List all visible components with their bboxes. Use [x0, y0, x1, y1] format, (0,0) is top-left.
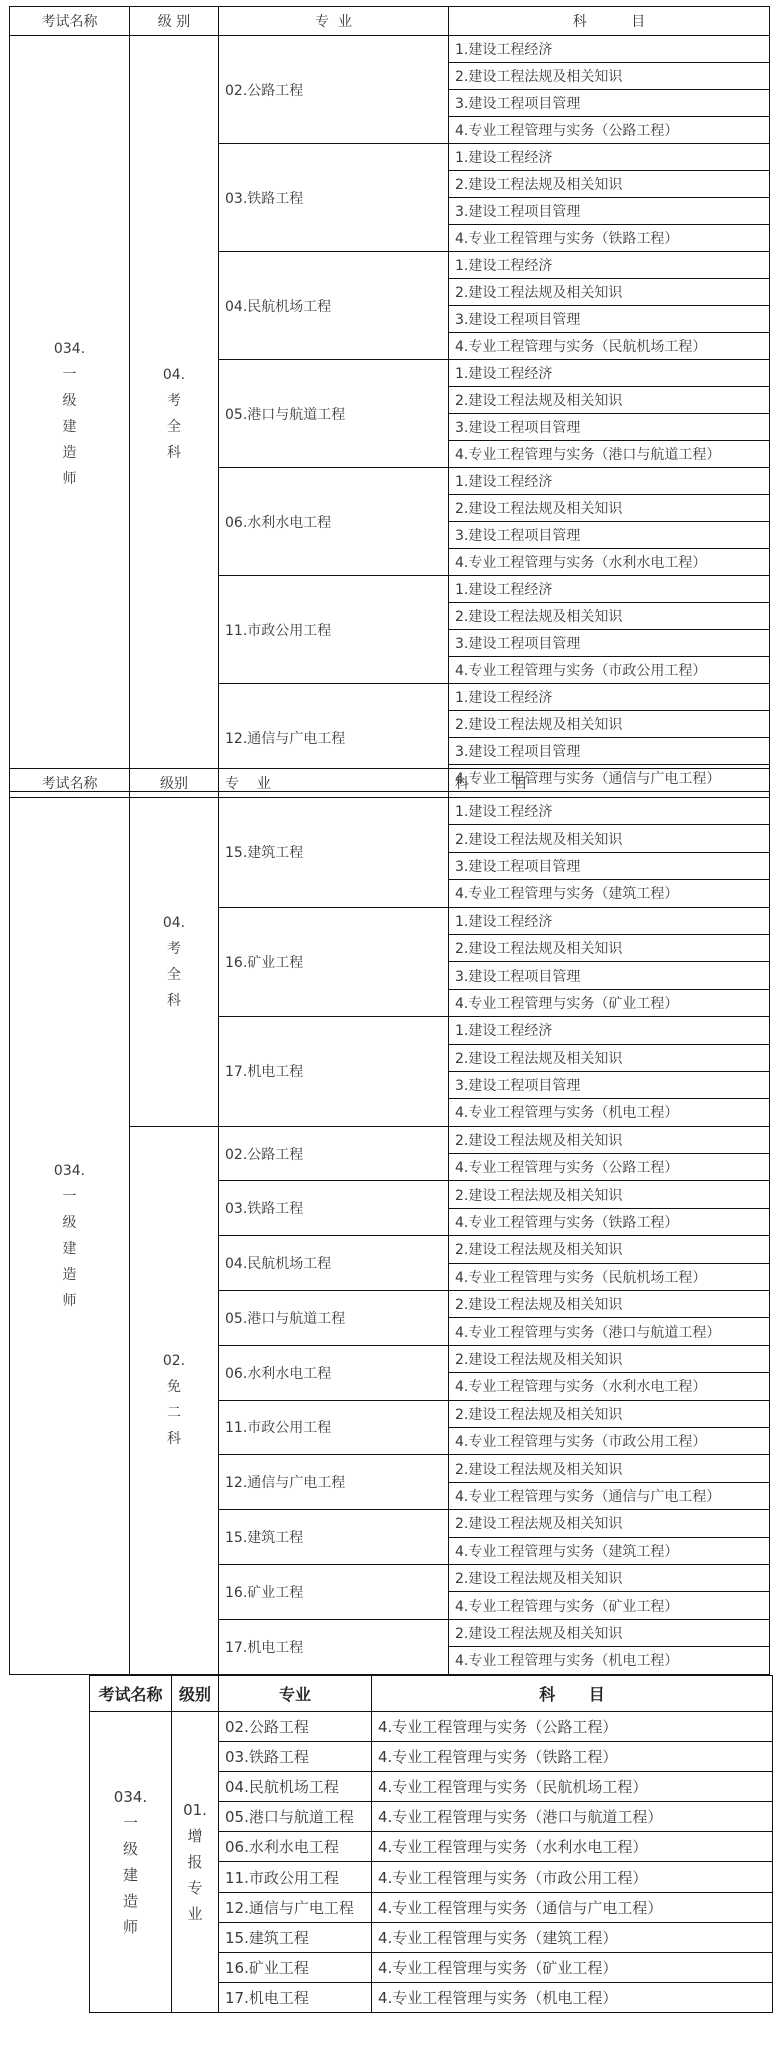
major-cell: 16.矿业工程 — [219, 1952, 372, 1982]
subject-cell: 1.建设工程经济 — [449, 798, 770, 825]
level-cell-line: 报 — [178, 1849, 212, 1875]
major-cell: 04.民航机场工程 — [219, 1772, 372, 1802]
subject-cell: 1.建设工程经济 — [449, 576, 770, 603]
table-body: 考试名称 级 别 专 业 科 目 034.一级建造师04.考全科02.公路工程1… — [10, 7, 770, 792]
subject-cell: 4.专业工程管理与实务（市政公用工程） — [449, 657, 770, 684]
major-cell: 04.民航机场工程 — [219, 1236, 449, 1291]
subject-cell: 4.专业工程管理与实务（通信与广电工程） — [449, 1482, 770, 1509]
exam-name-cell: 034.一级建造师 — [90, 1712, 172, 2013]
major-cell: 02.公路工程 — [219, 36, 449, 144]
subject-cell: 4.专业工程管理与实务（民航机场工程） — [449, 1263, 770, 1290]
level-cell: 02.免二科 — [130, 1126, 219, 1674]
major-cell: 03.铁路工程 — [219, 1742, 372, 1772]
level-cell-line: 科 — [136, 440, 212, 466]
subject-cell: 1.建设工程经济 — [449, 907, 770, 934]
table-row: 034.一级建造师04.考全科02.公路工程1.建设工程经济 — [10, 36, 770, 63]
subject-cell: 2.建设工程法规及相关知识 — [449, 1564, 770, 1591]
subject-cell: 1.建设工程经济 — [449, 684, 770, 711]
subject-cell: 2.建设工程法规及相关知识 — [449, 1291, 770, 1318]
exam-name-cell-line: 师 — [16, 1288, 123, 1314]
major-cell: 06.水利水电工程 — [219, 1345, 449, 1400]
table-row: 034.一级建造师04.考全科15.建筑工程1.建设工程经济 — [10, 798, 770, 825]
major-cell: 06.水利水电工程 — [219, 1832, 372, 1862]
major-cell: 17.机电工程 — [219, 1982, 372, 2012]
subject-cell: 1.建设工程经济 — [449, 1017, 770, 1044]
level-cell-line: 科 — [136, 988, 212, 1014]
subject-cell: 2.建设工程法规及相关知识 — [449, 1400, 770, 1427]
subject-cell: 4.专业工程管理与实务（通信与广电工程） — [372, 1892, 773, 1922]
subject-cell: 2.建设工程法规及相关知识 — [449, 171, 770, 198]
subject-cell: 1.建设工程经济 — [449, 360, 770, 387]
major-cell: 15.建筑工程 — [219, 1510, 449, 1565]
major-cell: 11.市政公用工程 — [219, 576, 449, 684]
table-header-row: 考试名称 级别 专 业 科 目 — [10, 769, 770, 798]
subject-cell: 4.专业工程管理与实务（民航机场工程） — [449, 333, 770, 360]
subject-cell: 2.建设工程法规及相关知识 — [449, 1619, 770, 1646]
subject-cell: 3.建设工程项目管理 — [449, 522, 770, 549]
major-cell: 11.市政公用工程 — [219, 1400, 449, 1455]
header-subject: 科 目 — [449, 7, 770, 36]
subject-cell: 4.专业工程管理与实务（水利水电工程） — [372, 1832, 773, 1862]
subject-cell: 4.专业工程管理与实务（矿业工程） — [449, 989, 770, 1016]
subject-cell: 3.建设工程项目管理 — [449, 306, 770, 333]
level-cell-line: 考 — [136, 388, 212, 414]
header-major: 专业 — [219, 1676, 372, 1712]
subject-cell: 2.建设工程法规及相关知识 — [449, 934, 770, 961]
subject-cell: 2.建设工程法规及相关知识 — [449, 495, 770, 522]
table-row: 034.一级建造师01.增报专业02.公路工程4.专业工程管理与实务（公路工程） — [90, 1712, 773, 1742]
table-body: 考试名称 级别 专业 科 目 034.一级建造师01.增报专业02.公路工程4.… — [90, 1676, 773, 2013]
subject-cell: 2.建设工程法规及相关知识 — [449, 1126, 770, 1153]
header-exam-name: 考试名称 — [10, 769, 130, 798]
exam-name-cell-line: 034. — [16, 336, 123, 362]
subject-cell: 2.建设工程法规及相关知识 — [449, 1044, 770, 1071]
header-subject: 科 目 — [449, 769, 770, 798]
major-cell: 15.建筑工程 — [219, 798, 449, 908]
subject-cell: 4.专业工程管理与实务（市政公用工程） — [372, 1862, 773, 1892]
exam-name-cell: 034.一级建造师 — [10, 36, 130, 792]
subject-cell: 2.建设工程法规及相关知识 — [449, 63, 770, 90]
subject-cell: 2.建设工程法规及相关知识 — [449, 1510, 770, 1537]
level-cell-line: 01. — [178, 1797, 212, 1823]
exam-name-cell-line: 级 — [96, 1836, 165, 1862]
exam-name-cell-line: 师 — [16, 466, 123, 492]
exam-table-full-subjects-part1: 考试名称 级 别 专 业 科 目 034.一级建造师04.考全科02.公路工程1… — [9, 6, 770, 792]
level-cell-line: 科 — [136, 1426, 212, 1452]
subject-cell: 3.建设工程项目管理 — [449, 1071, 770, 1098]
subject-cell: 4.专业工程管理与实务（建筑工程） — [449, 1537, 770, 1564]
subject-cell: 4.专业工程管理与实务（矿业工程） — [449, 1592, 770, 1619]
subject-cell: 4.专业工程管理与实务（机电工程） — [449, 1099, 770, 1126]
level-cell-line: 04. — [136, 910, 212, 936]
major-cell: 16.矿业工程 — [219, 1564, 449, 1619]
level-cell-line: 免 — [136, 1374, 212, 1400]
subject-cell: 4.专业工程管理与实务（机电工程） — [449, 1647, 770, 1674]
exam-name-cell-line: 建 — [96, 1862, 165, 1888]
level-cell-line: 增 — [178, 1823, 212, 1849]
level-cell-line: 04. — [136, 362, 212, 388]
exam-name-cell-line: 建 — [16, 1236, 123, 1262]
table-header-row: 考试名称 级别 专业 科 目 — [90, 1676, 773, 1712]
subject-cell: 4.专业工程管理与实务（矿业工程） — [372, 1952, 773, 1982]
exam-name-cell-line: 级 — [16, 1210, 123, 1236]
major-cell: 02.公路工程 — [219, 1126, 449, 1181]
subject-cell: 4.专业工程管理与实务（港口与航道工程） — [449, 441, 770, 468]
subject-cell: 4.专业工程管理与实务（铁路工程） — [449, 1208, 770, 1235]
subject-cell: 2.建设工程法规及相关知识 — [449, 279, 770, 306]
level-cell-line: 全 — [136, 414, 212, 440]
major-cell: 15.建筑工程 — [219, 1922, 372, 1952]
level-cell-line: 业 — [178, 1901, 212, 1927]
exam-name-cell-line: 一 — [96, 1810, 165, 1836]
exam-name-cell-line: 师 — [96, 1914, 165, 1940]
major-cell: 12.通信与广电工程 — [219, 1892, 372, 1922]
subject-cell: 2.建设工程法规及相关知识 — [449, 1236, 770, 1263]
subject-cell: 1.建设工程经济 — [449, 468, 770, 495]
subject-cell: 2.建设工程法规及相关知识 — [449, 711, 770, 738]
subject-cell: 3.建设工程项目管理 — [449, 198, 770, 225]
header-level: 级 别 — [130, 7, 219, 36]
subject-cell: 2.建设工程法规及相关知识 — [449, 387, 770, 414]
subject-cell: 4.专业工程管理与实务（建筑工程） — [372, 1922, 773, 1952]
major-cell: 12.通信与广电工程 — [219, 1455, 449, 1510]
subject-cell: 4.专业工程管理与实务（公路工程） — [449, 117, 770, 144]
level-cell-line: 02. — [136, 1348, 212, 1374]
exam-name-cell-line: 一 — [16, 1184, 123, 1210]
level-cell-line: 二 — [136, 1400, 212, 1426]
table-header-row: 考试名称 级 别 专 业 科 目 — [10, 7, 770, 36]
exam-name-cell-line: 一 — [16, 362, 123, 388]
level-cell: 04.考全科 — [130, 36, 219, 792]
level-cell-line: 考 — [136, 936, 212, 962]
subject-cell: 4.专业工程管理与实务（水利水电工程） — [449, 549, 770, 576]
major-cell: 05.港口与航道工程 — [219, 1291, 449, 1346]
subject-cell: 4.专业工程管理与实务（机电工程） — [372, 1982, 773, 2012]
exam-table-add-major: 考试名称 级别 专业 科 目 034.一级建造师01.增报专业02.公路工程4.… — [89, 1675, 773, 2013]
subject-cell: 1.建设工程经济 — [449, 144, 770, 171]
subject-cell: 3.建设工程项目管理 — [449, 90, 770, 117]
header-major: 专 业 — [219, 7, 449, 36]
subject-cell: 4.专业工程管理与实务（市政公用工程） — [449, 1427, 770, 1454]
subject-cell: 4.专业工程管理与实务（铁路工程） — [449, 225, 770, 252]
exam-table-full-and-exempt: 考试名称 级别 专 业 科 目 034.一级建造师04.考全科15.建筑工程1.… — [9, 768, 770, 1675]
subject-cell: 4.专业工程管理与实务（建筑工程） — [449, 880, 770, 907]
subject-cell: 3.建设工程项目管理 — [449, 630, 770, 657]
exam-name-cell-line: 造 — [16, 1262, 123, 1288]
subject-cell: 4.专业工程管理与实务（公路工程） — [372, 1712, 773, 1742]
exam-name-cell-line: 造 — [16, 440, 123, 466]
subject-cell: 2.建设工程法规及相关知识 — [449, 1345, 770, 1372]
table-body: 考试名称 级别 专 业 科 目 034.一级建造师04.考全科15.建筑工程1.… — [10, 769, 770, 1675]
exam-name-cell-line: 级 — [16, 388, 123, 414]
major-cell: 03.铁路工程 — [219, 1181, 449, 1236]
major-cell: 17.机电工程 — [219, 1017, 449, 1127]
subject-cell: 4.专业工程管理与实务（民航机场工程） — [372, 1772, 773, 1802]
subject-cell: 3.建设工程项目管理 — [449, 852, 770, 879]
subject-cell: 2.建设工程法规及相关知识 — [449, 825, 770, 852]
header-exam-name: 考试名称 — [10, 7, 130, 36]
subject-cell: 1.建设工程经济 — [449, 252, 770, 279]
major-cell: 17.机电工程 — [219, 1619, 449, 1674]
major-cell: 06.水利水电工程 — [219, 468, 449, 576]
subject-cell: 2.建设工程法规及相关知识 — [449, 603, 770, 630]
exam-name-cell-line: 造 — [96, 1888, 165, 1914]
level-cell: 01.增报专业 — [172, 1712, 219, 2013]
header-major: 专 业 — [219, 769, 449, 798]
subject-cell: 3.建设工程项目管理 — [449, 962, 770, 989]
subject-cell: 2.建设工程法规及相关知识 — [449, 1181, 770, 1208]
exam-name-cell-line: 034. — [16, 1158, 123, 1184]
level-cell-line: 全 — [136, 962, 212, 988]
major-cell: 03.铁路工程 — [219, 144, 449, 252]
exam-name-cell-line: 034. — [96, 1784, 165, 1810]
subject-cell: 3.建设工程项目管理 — [449, 738, 770, 765]
header-exam-name: 考试名称 — [90, 1676, 172, 1712]
exam-name-cell: 034.一级建造师 — [10, 798, 130, 1675]
header-level: 级别 — [130, 769, 219, 798]
major-cell: 02.公路工程 — [219, 1712, 372, 1742]
subject-cell: 4.专业工程管理与实务（铁路工程） — [372, 1742, 773, 1772]
subject-cell: 2.建设工程法规及相关知识 — [449, 1455, 770, 1482]
subject-cell: 4.专业工程管理与实务（水利水电工程） — [449, 1373, 770, 1400]
subject-cell: 3.建设工程项目管理 — [449, 414, 770, 441]
major-cell: 05.港口与航道工程 — [219, 1802, 372, 1832]
major-cell: 04.民航机场工程 — [219, 252, 449, 360]
header-subject: 科 目 — [372, 1676, 773, 1712]
header-level: 级别 — [172, 1676, 219, 1712]
major-cell: 11.市政公用工程 — [219, 1862, 372, 1892]
exam-name-cell-line: 建 — [16, 414, 123, 440]
level-cell: 04.考全科 — [130, 798, 219, 1127]
major-cell: 05.港口与航道工程 — [219, 360, 449, 468]
major-cell: 16.矿业工程 — [219, 907, 449, 1017]
subject-cell: 4.专业工程管理与实务（港口与航道工程） — [449, 1318, 770, 1345]
subject-cell: 1.建设工程经济 — [449, 36, 770, 63]
level-cell-line: 专 — [178, 1875, 212, 1901]
subject-cell: 4.专业工程管理与实务（公路工程） — [449, 1154, 770, 1181]
subject-cell: 4.专业工程管理与实务（港口与航道工程） — [372, 1802, 773, 1832]
